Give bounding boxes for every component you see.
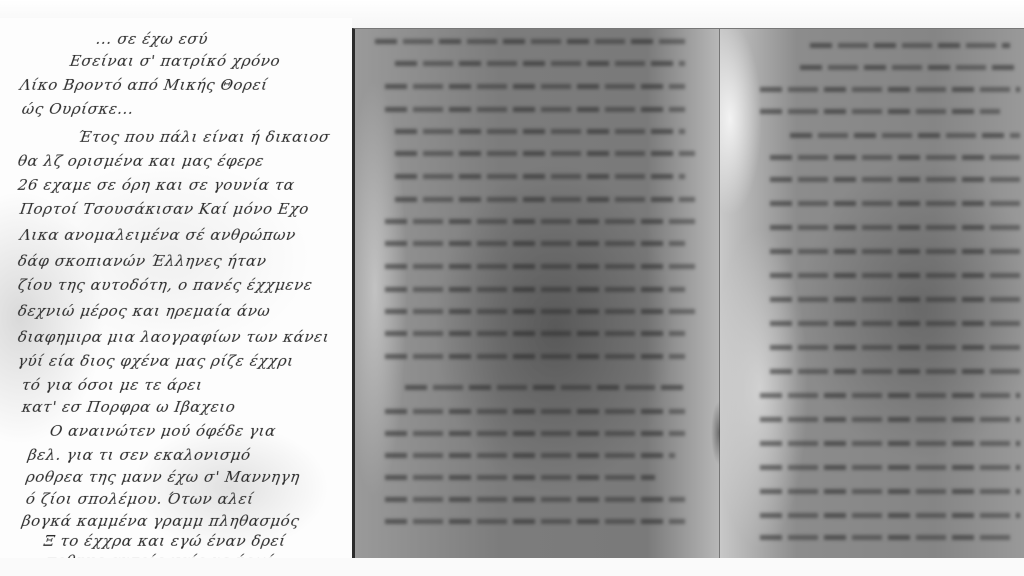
illegible-text-line: [385, 309, 695, 314]
letter-line: διαφημιρα μια λαογραφίων των κάνει: [17, 328, 331, 346]
photocopy-right-page: [720, 29, 1024, 559]
illegible-text-line: [770, 321, 1020, 326]
letter-line: Έτος που πάλι είναι ή δικαιοσ: [77, 128, 331, 146]
letter-line: βελ. για τι σεν εκαλονισμό: [27, 446, 252, 464]
illegible-text-line: [395, 61, 685, 66]
letter-line: τό για όσοι με τε άρει: [21, 376, 204, 394]
photocopy-spread: [352, 28, 1024, 561]
illegible-text-line: [385, 241, 685, 246]
illegible-text-line: [760, 535, 1010, 540]
letter-line: ό ζίοι σπολέμου. Ότων αλεί: [25, 490, 255, 508]
letter-line: Εσείναι σ' πατρίκό χρόνο: [69, 52, 282, 70]
letter-line: ζίου της αυτοδότη, ο πανές έχχμενε: [17, 276, 314, 294]
illegible-text-line: [770, 201, 1020, 206]
illegible-text-line: [760, 417, 1020, 422]
illegible-text-line: [385, 107, 685, 112]
letter-line: ροθρεα της μανν έχω σ' Μαννηγη: [25, 468, 301, 486]
letter-line: ώς Ουρίσκε...: [21, 100, 135, 118]
illegible-text-line: [385, 219, 695, 224]
illegible-text-line: [760, 87, 1020, 92]
letter-line: Ξ το έχχρα και εγώ έναν δρεί: [43, 532, 287, 550]
letter-line: Λίκο Βροντό από Μικής Θορεί: [19, 76, 269, 94]
illegible-text-line: [395, 151, 695, 156]
photocopy-left-page: [355, 29, 720, 559]
illegible-text-line: [770, 345, 1020, 350]
illegible-text-line: [385, 497, 685, 502]
letter-line: Πορτοί Τσουσάκισαν Καί μόνο Εχο: [19, 200, 311, 218]
illegible-text-line: [760, 393, 1020, 398]
illegible-text-line: [770, 297, 1020, 302]
letter-line: Ο αναινώτεν μού όφέδε για: [49, 422, 278, 440]
illegible-text-line: [790, 133, 1020, 138]
illegible-text-line: [405, 385, 685, 390]
illegible-text-line: [385, 431, 685, 436]
illegible-text-line: [395, 197, 695, 202]
illegible-text-line: [375, 39, 685, 44]
illegible-text-line: [760, 109, 1000, 114]
illegible-text-line: [385, 264, 695, 269]
letter-line: γύί εία διος φχένα μας ρίζε έχχρι: [17, 352, 295, 370]
illegible-text-line: [385, 354, 685, 359]
illegible-text-line: [760, 513, 1020, 518]
illegible-text-line: [385, 453, 675, 458]
illegible-text-line: [385, 84, 685, 89]
illegible-text-line: [395, 129, 685, 134]
illegible-text-line: [770, 273, 1020, 278]
illegible-text-line: [385, 475, 655, 480]
illegible-text-line: [760, 489, 1020, 494]
letter-line: βογκά καμμένα γραμμ πληθασμός: [21, 512, 301, 530]
illegible-text-line: [810, 43, 1010, 48]
scan-bottom-margin: [0, 558, 1024, 576]
letter-line: 26 εχαμε σε όρη και σε γουνία τα: [17, 176, 296, 194]
illegible-text-line: [770, 225, 1020, 230]
letter-line: θα λζ ορισμένα και μας έφερε: [17, 152, 266, 170]
handwritten-letter-page: ... σε έχω εσύ Εσείναι σ' πατρίκό χρόνο …: [0, 18, 352, 560]
letter-line: Λικα ανομαλειμένα σέ ανθρώπων: [19, 226, 297, 244]
illegible-text-line: [770, 155, 1020, 160]
letter-line: ... σε έχω εσύ: [95, 30, 210, 48]
letter-line: κατ' εσ Πορφρα ω Ιβαχειο: [21, 398, 237, 416]
illegible-text-line: [760, 465, 1020, 470]
illegible-text-line: [385, 409, 685, 414]
illegible-text-line: [385, 287, 685, 292]
illegible-text-line: [770, 177, 1020, 182]
letter-line: δεχνιώ μέρος και ηρεμαία άνω: [17, 302, 272, 320]
illegible-text-line: [770, 249, 1020, 254]
illegible-text-line: [395, 174, 685, 179]
illegible-text-line: [800, 65, 1020, 70]
letter-line: δάφ σκοπιανών Έλληνες ήταν: [17, 252, 268, 270]
illegible-text-line: [385, 331, 685, 336]
illegible-text-line: [385, 519, 685, 524]
illegible-text-line: [760, 441, 1020, 446]
illegible-text-line: [770, 369, 1020, 374]
